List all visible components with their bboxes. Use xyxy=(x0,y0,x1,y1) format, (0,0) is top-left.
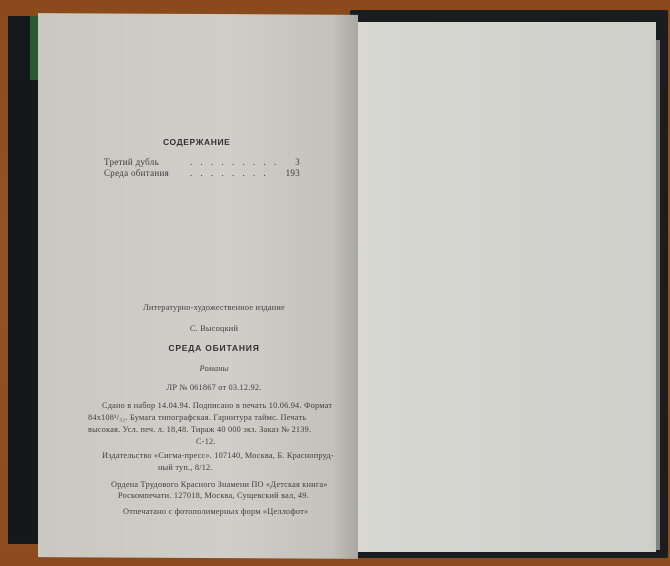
print-details-line: С-12. xyxy=(196,437,216,446)
toc-entry-title: Среда обитания xyxy=(104,168,169,178)
toc-entry-page: 3 xyxy=(295,157,300,167)
toc-entry: Среда обитания . . . . . . . . 193 xyxy=(104,168,300,178)
toc-entry-title: Третий дубль xyxy=(104,157,159,167)
contents-heading: СОДЕРЖАНИЕ xyxy=(163,137,230,147)
page-stack-edge xyxy=(652,40,660,550)
printed-from: Отпечатано с фотополимерных форм «Целлоф… xyxy=(123,507,308,516)
print-details-line: Сдано в набор 14.04.94. Подписано в печа… xyxy=(102,401,332,410)
printer-line: Ордена Трудового Красного Знамени ПО «Де… xyxy=(111,480,328,489)
toc-entry-page: 193 xyxy=(286,168,300,178)
toc-dots: . . . . . . . . . xyxy=(190,157,279,167)
author: С. Высоцкий xyxy=(100,324,328,333)
edition-type: Литературно-художественное издание xyxy=(100,303,328,312)
cover-dark-edge xyxy=(8,80,38,540)
print-details-line: высокая. Усл. печ. л. 18,48. Тираж 40 00… xyxy=(88,425,311,434)
left-page xyxy=(38,13,358,559)
toc-dots: . . . . . . . . xyxy=(190,168,269,178)
publisher-line: ный туп., 8/12. xyxy=(158,463,213,472)
print-details-line: 84х108¹/₃₂. Бумага типографская. Гарниту… xyxy=(88,413,306,422)
toc-entry: Третий дубль . . . . . . . . . 3 xyxy=(104,157,300,167)
genre: Романы xyxy=(100,364,328,373)
publisher-line: Издательство «Сигма-пресс». 107140, Моск… xyxy=(102,451,334,460)
license-number: ЛР № 061867 от 03.12.92. xyxy=(100,383,328,392)
right-page-blank xyxy=(358,22,656,552)
book-title: СРЕДА ОБИТАНИЯ xyxy=(100,343,328,353)
printer-line: Роскомпечати. 127018, Москва, Сущевский … xyxy=(118,491,309,500)
